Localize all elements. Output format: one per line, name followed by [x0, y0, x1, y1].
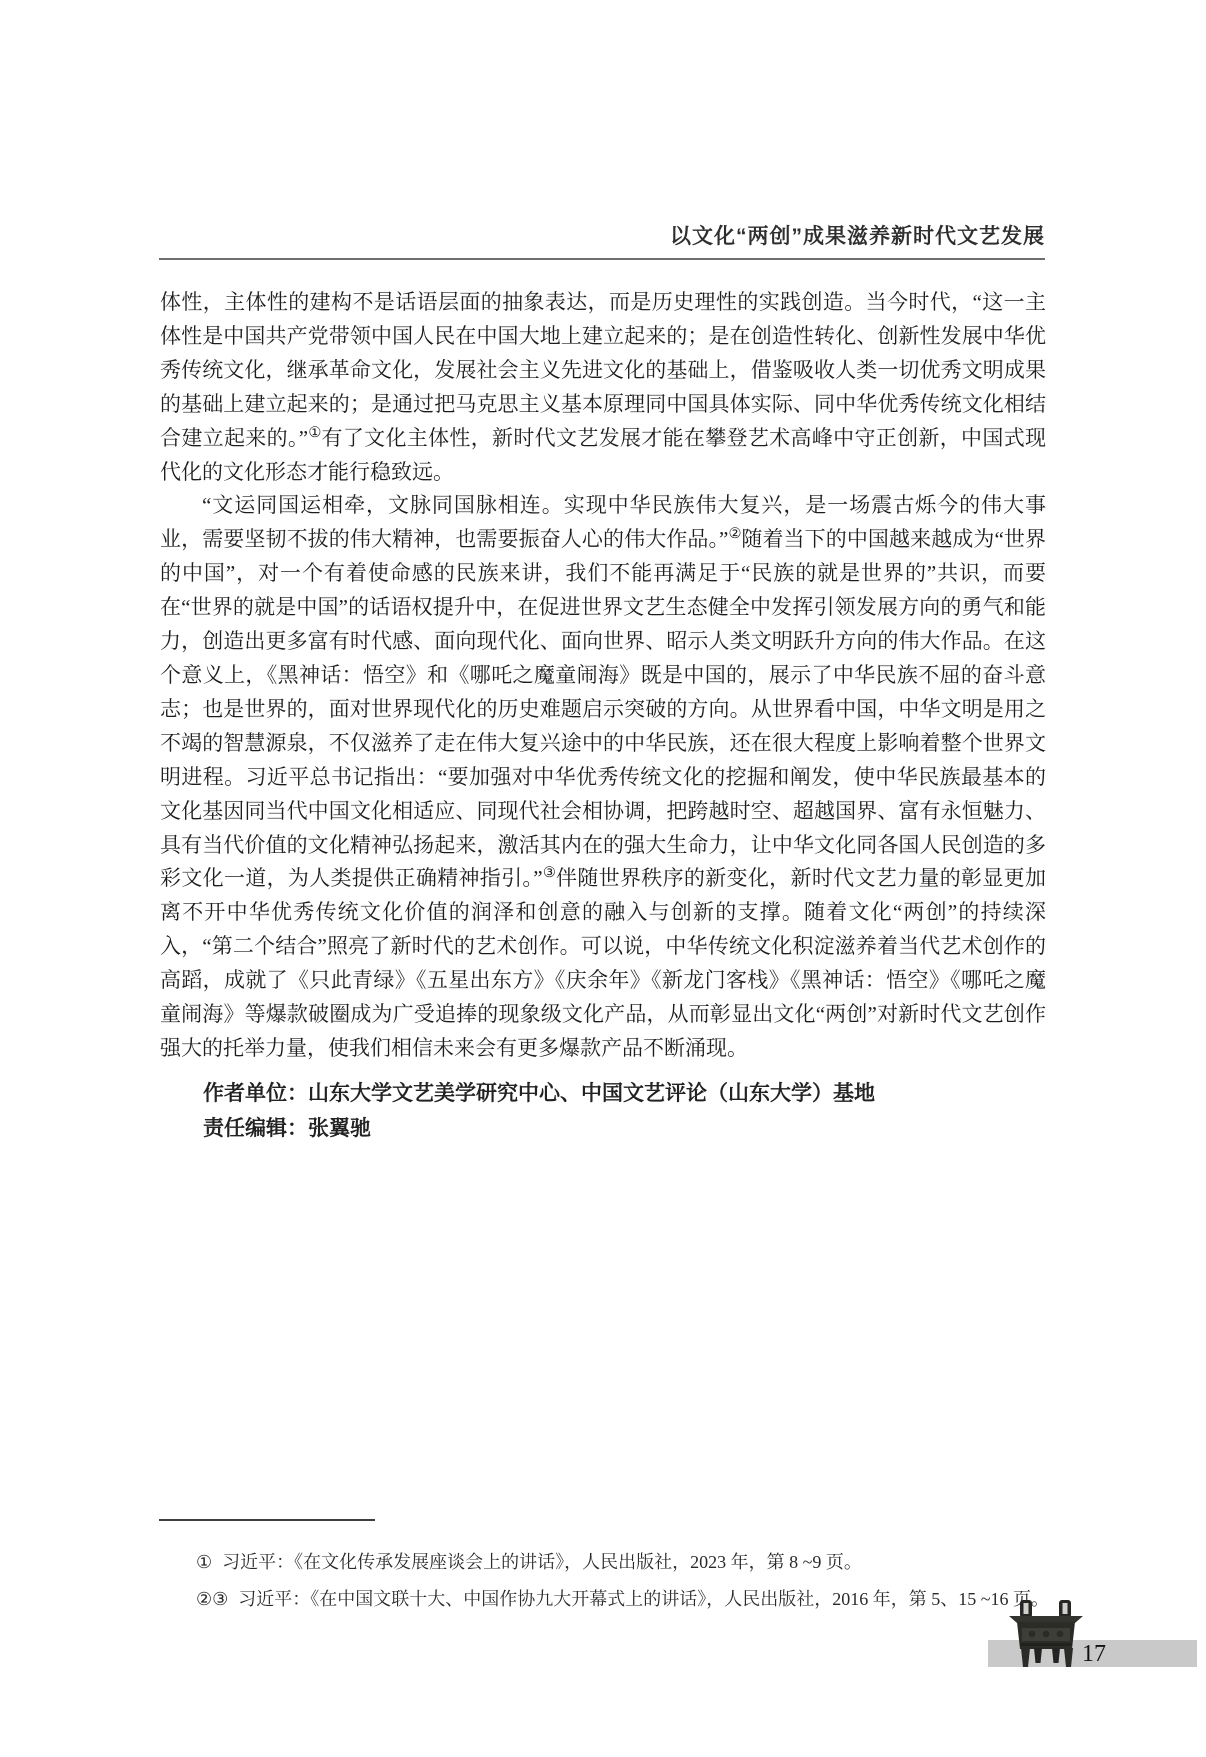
footnote-text: 习近平：《在文化传承发展座谈会上的讲话》，人民出版社，2023 年，第 8 ~9… [222, 1552, 862, 1572]
bronze-ding-icon [1008, 1599, 1084, 1667]
page-number: 17 [1082, 1641, 1106, 1668]
footnote-1: ①习近平：《在文化传承发展座谈会上的讲话》，人民出版社，2023 年，第 8 ~… [196, 1544, 1086, 1581]
paragraph-text: 随着当下的中国越来越成为“世界的中国”，对一个有着使命感的民族来讲，我们不能再满… [160, 527, 1046, 890]
header-rule [159, 258, 1045, 260]
footnote-marker: ②③ [196, 1589, 228, 1609]
footnote-ref-marker: ② [728, 526, 741, 542]
paragraph: 体性，主体性的建构不是话语层面的抽象表达，而是历史理性的实践创造。当今时代，“这… [160, 286, 1046, 489]
running-header-title: 以文化“两创”成果滋养新时代文艺发展 [670, 220, 1045, 250]
article-body: 体性，主体性的建构不是话语层面的抽象表达，而是历史理性的实践创造。当今时代，“这… [160, 286, 1046, 1066]
footnote-rule [159, 1519, 375, 1521]
footnote-marker: ① [196, 1552, 212, 1572]
editor-line: 责任编辑：张翼驰 [203, 1111, 875, 1146]
author-unit-line: 作者单位：山东大学文艺美学研究中心、中国文艺评论（山东大学）基地 [203, 1076, 875, 1111]
author-block: 作者单位：山东大学文艺美学研究中心、中国文艺评论（山东大学）基地 责任编辑：张翼… [203, 1076, 875, 1146]
footnote-2: ②③习近平：《在中国文联十大、中国作协九大开幕式上的讲话》，人民出版社，2016… [196, 1581, 1086, 1618]
paragraph: “文运同国运相牵，文脉同国脉相连。实现中华民族伟大复兴，是一场震古烁今的伟大事业… [160, 489, 1046, 1065]
footnote-ref-marker: ③ [543, 865, 556, 881]
footnotes: ①习近平：《在文化传承发展座谈会上的讲话》，人民出版社，2023 年，第 8 ~… [196, 1544, 1086, 1617]
journal-page: 以文化“两创”成果滋养新时代文艺发展 体性，主体性的建构不是话语层面的抽象表达，… [0, 0, 1206, 1757]
footnote-text: 习近平：《在中国文联十大、中国作协九大开幕式上的讲话》，人民出版社，2016 年… [238, 1589, 1049, 1609]
footnote-ref-marker: ① [308, 425, 321, 441]
paragraph-text: 伴随世界秩序的新变化，新时代文艺力量的彰显更加离不开中华优秀传统文化价值的润泽和… [160, 866, 1046, 1060]
